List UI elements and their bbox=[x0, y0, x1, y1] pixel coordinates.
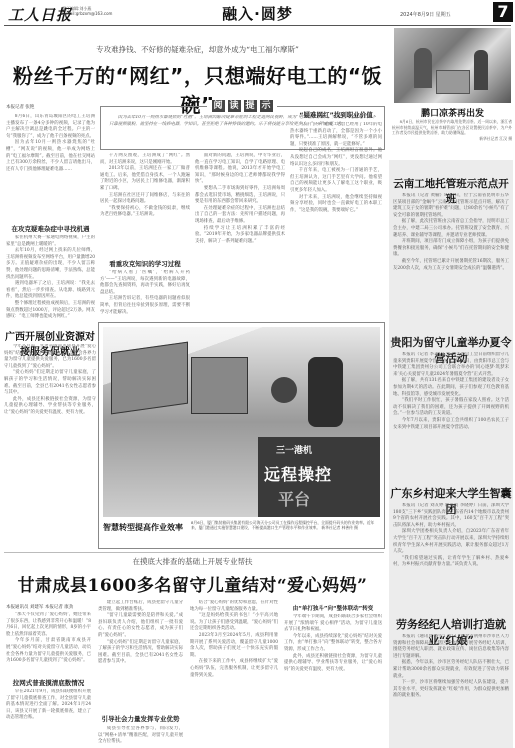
lead-col-2: 千万网友围观，王培洲成了“网红”。然而，对王培洲来说，这只是刚刚开始。 2013… bbox=[100, 153, 190, 253]
lead-col-1: 8月6日，山东青岛城阳区的电工王培洲主播发布了一条4分多钟的视频，记录了他为户主… bbox=[6, 114, 95, 220]
monitor-screen bbox=[111, 342, 188, 415]
person-figure-icon bbox=[474, 50, 488, 90]
main-photo-frame: 三一港机 远程操控 平台 智慧转型提高作业效率 8月6日，厦门集装箱码头集团有限… bbox=[98, 322, 385, 549]
second-col-1: “那天不仅见到了‘爱心妈妈’，她还带来了很多东西，让我感到非常开心和温暖！”8月… bbox=[6, 612, 91, 674]
lead-col-3: 面对新的问题，王培洲说，中专毕业后，他一直在学习电工知识，自学了电路原理、电机维… bbox=[195, 153, 285, 320]
lead-col2-subhead: 看重攻克知识的学习过程 bbox=[100, 259, 190, 268]
second-col-4: 今年端午节期间，成县妇联联合多家社会组织开展了“浓情端午 爱心相伴”活动，为留守… bbox=[284, 614, 382, 748]
brief-body-2: 本报讯（记者 李丰）广东韶关市总工会日前组织留守儿童来到贵阳开展夏令营活动。“7… bbox=[393, 352, 509, 480]
photo-caption-title: 鹏口凉茶再出发 bbox=[390, 106, 515, 119]
photo-caption-text: 8月6日，杭州市民在凉茶亭内取用免费凉茶。近一周以来，浙江省杭州市持续高温天气，… bbox=[392, 119, 512, 153]
second-col4-subhead: 由“单打独斗”向“整体联动”转变 bbox=[284, 604, 382, 612]
brief-body-3: 本报讯（记者 刘友婷 通讯员 李晓婷）日前，深圳大学180支“三下乡”实践团队奔… bbox=[393, 503, 509, 615]
sany-console-panel: 三一港机 远程操控 平台 bbox=[258, 437, 380, 517]
reading-tips-title: 阅 读 提 示 bbox=[207, 100, 277, 112]
brief-body-4: 本报讯（通讯员 杨雪）近日，湖北省荆州市沙市区人力资源和社会保障局联合辖区社会组… bbox=[393, 634, 509, 744]
main-photo-caption-text: 8月6日，厦门集装箱码头集团有限公司海天分公司员工在操作远程操控平台，全面提升码… bbox=[191, 520, 379, 530]
second-col-2: 建立起工作台账后，成县把留守儿童分类管理，做到精准帮扶。 “留守儿童最需要的是陪… bbox=[98, 600, 183, 710]
operator-head-icon bbox=[271, 377, 297, 403]
lead-col-1b: 家住杭州大赛一家通电网络视频，户主的家里“总是跳闸上暖暖的”。 去年10月，经过… bbox=[6, 235, 95, 327]
issue-date: 2024年8月9日 星期五 bbox=[400, 11, 451, 18]
second-col1-subhead: 拉网式普查摸清底数情况 bbox=[6, 678, 91, 687]
lead-col4-subhead: “疑难网红”找到职业价值 bbox=[290, 110, 382, 119]
lead-kicker: 专攻难挣钱、不好修的疑难杂症，却意外成为“电工福尔摩斯” bbox=[10, 44, 385, 55]
tea-stand-icon bbox=[436, 70, 470, 94]
lead-col-4: “打开门的一瞬间，这台已经用了10年的电热水器终于重新启动了，全都是因为一个小小… bbox=[290, 122, 382, 320]
lead-col1-subhead: 在攻克疑难杂症中寻找机遇 bbox=[6, 224, 95, 233]
remote-control-photo: 三一港机 远程操控 平台 bbox=[103, 327, 380, 517]
cooling-tea-photo bbox=[394, 28, 511, 103]
second-col-3: 结合“爱心妈妈”的优势和意愿，在针对性地为每一位留守儿童配备服务力量。 “这是妈… bbox=[190, 600, 278, 748]
monitor-screen bbox=[191, 357, 248, 414]
page-number: 7 bbox=[493, 2, 513, 22]
second-col-2b: 成县引导社会各界参与，同向发力，以“网格+清单”精准匹配，对留守儿童开展全方位帮… bbox=[98, 726, 183, 748]
lead-col-2b: “给病人看了‘医嘱’，‘给病人开药方’——”王培洲说，每次遇到新的电器故障，他都… bbox=[100, 270, 190, 320]
second-byline: 本报通讯员 刘建军 本报记者 康劲 bbox=[6, 604, 73, 610]
section-divider bbox=[4, 552, 384, 553]
brief-body-1: 本报讯（记者 黄榆）8月1日，位于云南省昆明市五华区某项目部的“金蜗牛”云南工会… bbox=[393, 193, 509, 327]
second-col2-subhead: 引导社会力量发挥专业优势 bbox=[98, 714, 183, 723]
masthead-rule bbox=[4, 25, 511, 26]
guangxi-body: 今年多月前，甘肃省陇南市成县开展“爱心妈妈”结对关爱留守儿童活动，动员社会各界力… bbox=[4, 344, 96, 549]
person-figure-icon bbox=[414, 48, 432, 88]
lead-byline: 本报记者 张艳 bbox=[6, 104, 34, 110]
operator-chair bbox=[308, 357, 343, 427]
second-headline: 甘肃成县1600多名留守儿童结对“爱心妈妈” bbox=[0, 571, 385, 596]
second-kicker: 在摸底大排查的基础上开展专业帮扶 bbox=[0, 556, 385, 567]
second-col-1b: 早在2021年9月，成县妇联便组织开展了留守儿童摸底排查工作，对全县留守儿童的基… bbox=[6, 689, 91, 746]
main-photo-caption-title: 智慧转型提高作业效率 bbox=[103, 522, 183, 533]
